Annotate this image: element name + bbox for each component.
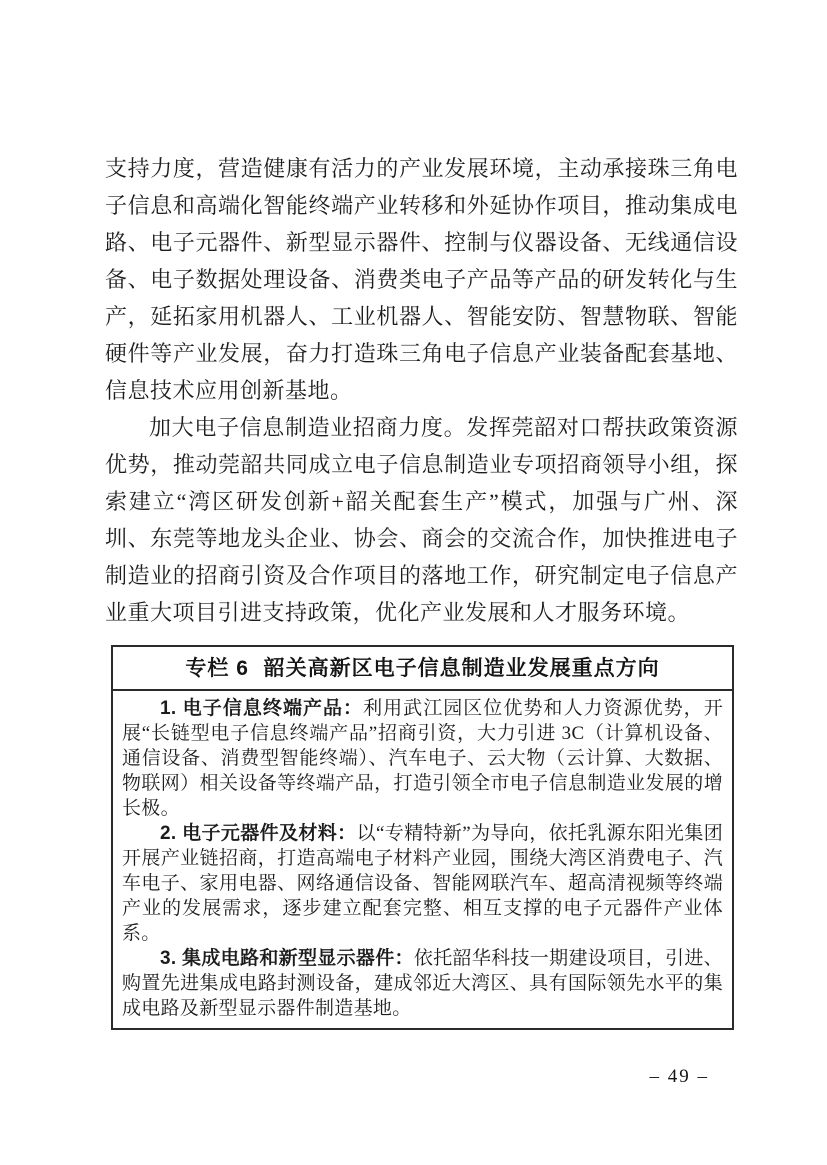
box-item-components-materials: 2. 电子元器件及材料：以“专精特新”为导向，依托乳源东阳光集团开展产业链招商，… (122, 821, 723, 946)
column-box-body: 1. 电子信息终端产品：利用武江园区位优势和人力资源优势，开展“长链型电子信息终… (113, 691, 732, 1028)
document-page: 支持力度，营造健康有活力的产业发展环境，主动承接珠三角电子信息和高端化智能终端产… (0, 0, 827, 1165)
column-box-header: 专栏 6韶关高新区电子信息制造业发展重点方向 (113, 647, 732, 691)
page-footer: – 49 – (650, 1066, 710, 1088)
body-paragraph-continuation: 支持力度，营造健康有活力的产业发展环境，主动承接珠三角电子信息和高端化智能终端产… (105, 150, 738, 409)
box-item-lead: 3. 集成电路和新型显示器件： (160, 948, 414, 969)
feature-column-box: 专栏 6韶关高新区电子信息制造业发展重点方向 1. 电子信息终端产品：利用武江园… (111, 645, 734, 1030)
box-item-lead: 1. 电子信息终端产品： (160, 698, 363, 719)
column-box-title: 韶关高新区电子信息制造业发展重点方向 (264, 657, 660, 680)
box-item-ic-display: 3. 集成电路和新型显示器件：依托韶华科技一期建设项目，引进、购置先进集成电路封… (122, 946, 723, 1021)
box-item-terminal-products: 1. 电子信息终端产品：利用武江园区位优势和人力资源优势，开展“长链型电子信息终… (122, 696, 723, 821)
box-item-lead: 2. 电子元器件及材料： (160, 823, 357, 844)
column-box-label: 专栏 6 (185, 657, 249, 680)
text-block: 支持力度，营造健康有活力的产业发展环境，主动承接珠三角电子信息和高端化智能终端产… (105, 150, 738, 1030)
page-number: – 49 – (650, 1066, 710, 1087)
body-paragraph-investment: 加大电子信息制造业招商力度。发挥莞韶对口帮扶政策资源优势，推动莞韶共同成立电子信… (105, 409, 738, 631)
